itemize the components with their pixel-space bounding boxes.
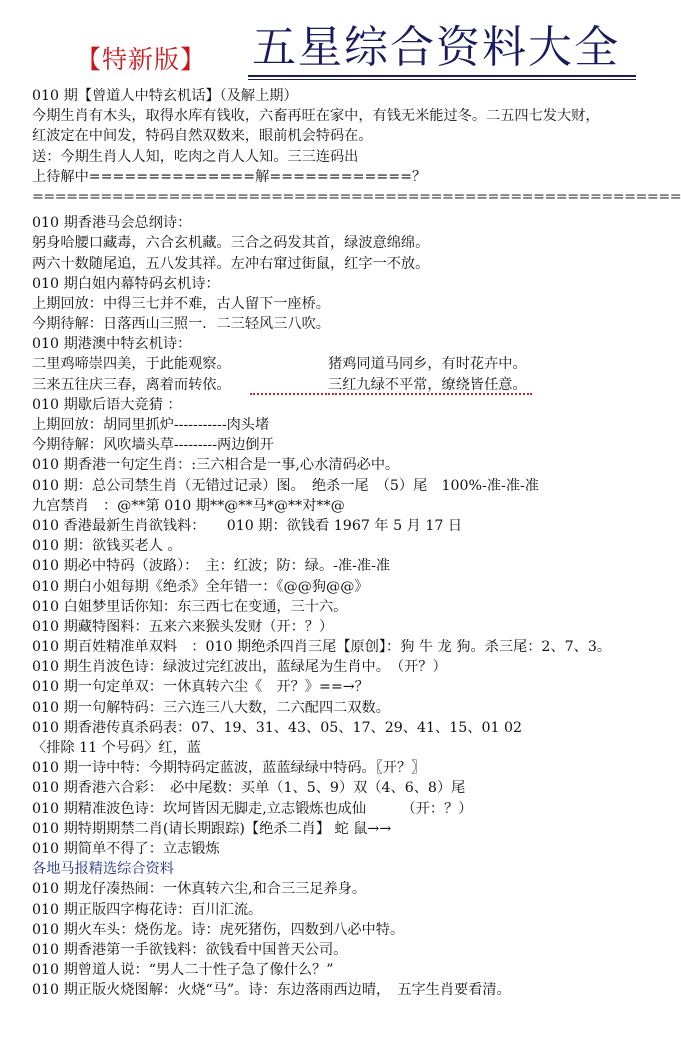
- section-hk-jockey: 010 期香港马会总纲诗： 躬身哈腰口藏毒，六合玄机藏。三合之码发其首，绿波意绵…: [32, 213, 672, 274]
- section-baijie-poem: 010 期白姐内幕特码玄机诗： 上期回放：中得三七并不难，古人留下一座桥。 今期…: [32, 274, 672, 335]
- section-heading: 010 期香港马会总纲诗：: [32, 213, 672, 233]
- section-heading: 010 期白姐内幕特码玄机诗：: [32, 274, 672, 294]
- text-line-baixing: 010 期百姓精准单双料 ：010 期绝杀四肖三尾【原创】：狗 牛 龙 狗。杀三…: [32, 637, 642, 657]
- section-heading: 010 期【曾道人中特玄机话】（及解上期）: [32, 86, 672, 106]
- text-line: 010 期香港第一手欲钱料：欲钱看中国普天公司。: [32, 940, 672, 960]
- edition-label: 【特新版】: [76, 40, 206, 76]
- section-gangao-poem: 010 期港澳中特玄机诗： 二里鸡啼崇四美，于此能观察。 猪鸡同道马同乡，有时花…: [32, 334, 672, 395]
- text-line: 〈排除 11 个号码〉红，蓝: [32, 738, 672, 758]
- poem-verse: 猪鸡同道马同乡，有时花卉中。: [328, 354, 527, 374]
- poem-row: 三来五往庆三春，离着而转依。 三红九绿不平常，缭绕皆任意。: [32, 375, 672, 395]
- text-line: 010 期香港六合彩： 必中尾数：买单（1、5、9）双（4、6、8）尾: [32, 778, 672, 798]
- text-line: 躬身哈腰口藏毒，六合玄机藏。三合之码发其首，绿波意绵绵。: [32, 233, 672, 253]
- title-underline-thin: [248, 79, 636, 80]
- page-title: 五星综合资料大全: [252, 22, 620, 74]
- text-line: 010 期藏特图料：五来六来猴头发财（开：？）: [32, 617, 672, 637]
- text-line: 010 期特期期禁二肖(请长期跟踪)【绝杀二肖】 蛇 鼠→→: [32, 819, 672, 839]
- text-line: 010 期一句解特码：三六连三八大数，二六配四二双数。: [32, 698, 672, 718]
- spellcheck-underline: [332, 391, 532, 395]
- text-line: 两六十数随尾追，五八发其祥。左冲右窜过街鼠，红字一不放。: [32, 254, 672, 274]
- section-misc: 010 期香港一句定生肖：:三六相合是一事,心水清码必中。 010 期：总公司禁…: [32, 455, 672, 637]
- separator-line: ========================================…: [32, 187, 672, 207]
- text-line: 010 香港最新生肖欲钱料： 010 期：欲钱看 1967 年 5 月 17 日: [32, 516, 672, 536]
- document-body: 010 期【曾道人中特玄机话】（及解上期） 今期生肖有木头，取得水库有钱收，六畜…: [32, 86, 672, 1000]
- text-line: 010 期龙仔凑热闹：一休真转六尘,和合三三足养身。: [32, 879, 672, 899]
- text-line: 010 期正版四字梅花诗：百川汇流。: [32, 900, 672, 920]
- text-line: 010 期白小姐每期《绝杀》全年错一：《@@狗@@》: [32, 577, 672, 597]
- text-line: 上期回放：中得三七并不难，古人留下一座桥。: [32, 294, 672, 314]
- text-line: 010 期火车头：烧伤龙。诗：虎死猪伤，四数到八必中特。: [32, 920, 672, 940]
- text-line: 010 期生肖波色诗：绿波过完红波出，蓝绿尾为生肖中。 （开？）: [32, 657, 672, 677]
- section-heading: 010 期港澳中特玄机诗：: [32, 334, 672, 354]
- text-line: 010 期简单不得了：立志锻炼: [32, 839, 672, 859]
- text-line: 010 期精准波色诗：坎坷皆因无脚走,立志锻炼也成仙 （开：？）: [32, 799, 672, 819]
- poem-verse: 二里鸡啼崇四美，于此能观察。: [32, 354, 328, 374]
- text-line: 010 期一诗中特：今期特码定蓝波，蓝蓝绿绿中特码。〖开？〗: [32, 758, 672, 778]
- text-line: 010 白姐梦里话你知：东三西七在变通，三十六。: [32, 597, 672, 617]
- text-line: 010 期必中特码（波路）： 主：红波；防：绿。-准-准-准: [32, 556, 672, 576]
- text-line: 010 期一句定单双：一休真转六尘《 开？》==→？: [32, 677, 672, 697]
- text-line: 010 期正版火烧图解：火烧“马”。诗：东边落雨西边晴， 五字生肖要看清。: [32, 980, 672, 1000]
- title-underline: [248, 75, 636, 77]
- poem-row: 二里鸡啼崇四美，于此能观察。 猪鸡同道马同乡，有时花卉中。: [32, 354, 672, 374]
- text-line: 今期待解：日落西山三照一．二三轻风三八吹。: [32, 314, 672, 334]
- text-line: 010 期：总公司禁生肖（无错过记录）图。 绝杀一尾 （5）尾 100%-准-准…: [32, 476, 672, 496]
- text-line: 010 期：欲钱买老人 。: [32, 536, 672, 556]
- section-heading-regional: 各地马报精选综合资料: [32, 859, 672, 879]
- section-zengdaoren: 010 期【曾道人中特玄机话】（及解上期） 今期生肖有木头，取得水库有钱收，六畜…: [32, 86, 672, 207]
- section-regional: 各地马报精选综合资料 010 期龙仔凑热闹：一休真转六尘,和合三三足养身。 01…: [32, 859, 672, 1000]
- text-line: 上待解中==============解============？: [32, 167, 672, 187]
- text-line: 上期回放：胡同里抓炉-----------肉头堵: [32, 415, 672, 435]
- text-line: 九宫禁肖 ：@**第 010 期**@**马*@**对**@: [32, 496, 672, 516]
- text-line: 今期待解：风吹墙头草---------两边倒开: [32, 435, 672, 455]
- text-line: 今期生肖有木头，取得水库有钱收，六畜再旺在家中，有钱无米能过冬。二五四七发大财，: [32, 106, 672, 126]
- section-misc-2: 010 期生肖波色诗：绿波过完红波出，蓝绿尾为生肖中。 （开？） 010 期一句…: [32, 657, 672, 859]
- text-line: 010 期曾道人说：“男人二十性子急了像什么？”: [32, 960, 672, 980]
- page-header: 【特新版】 五星综合资料大全: [0, 0, 681, 86]
- section-heading: 010 期歇后语大竞猜 ：: [32, 395, 672, 415]
- section-xiehouyu: 010 期歇后语大竞猜 ： 上期回放：胡同里抓炉-----------肉头堵 今…: [32, 395, 672, 456]
- text-line: 010 期香港传真杀码表：07、19、31、43、05、17、29、41、15、…: [32, 718, 672, 738]
- text-line: 送：今期生肖人人知，吃肉之肖人人知。三三连码出: [32, 147, 672, 167]
- text-line: 010 期香港一句定生肖：:三六相合是一事,心水清码必中。: [32, 455, 672, 475]
- text-line: 红波定在中间发，特码自然双数来，眼前机会特码在。: [32, 126, 672, 146]
- spellcheck-underline: [250, 391, 330, 395]
